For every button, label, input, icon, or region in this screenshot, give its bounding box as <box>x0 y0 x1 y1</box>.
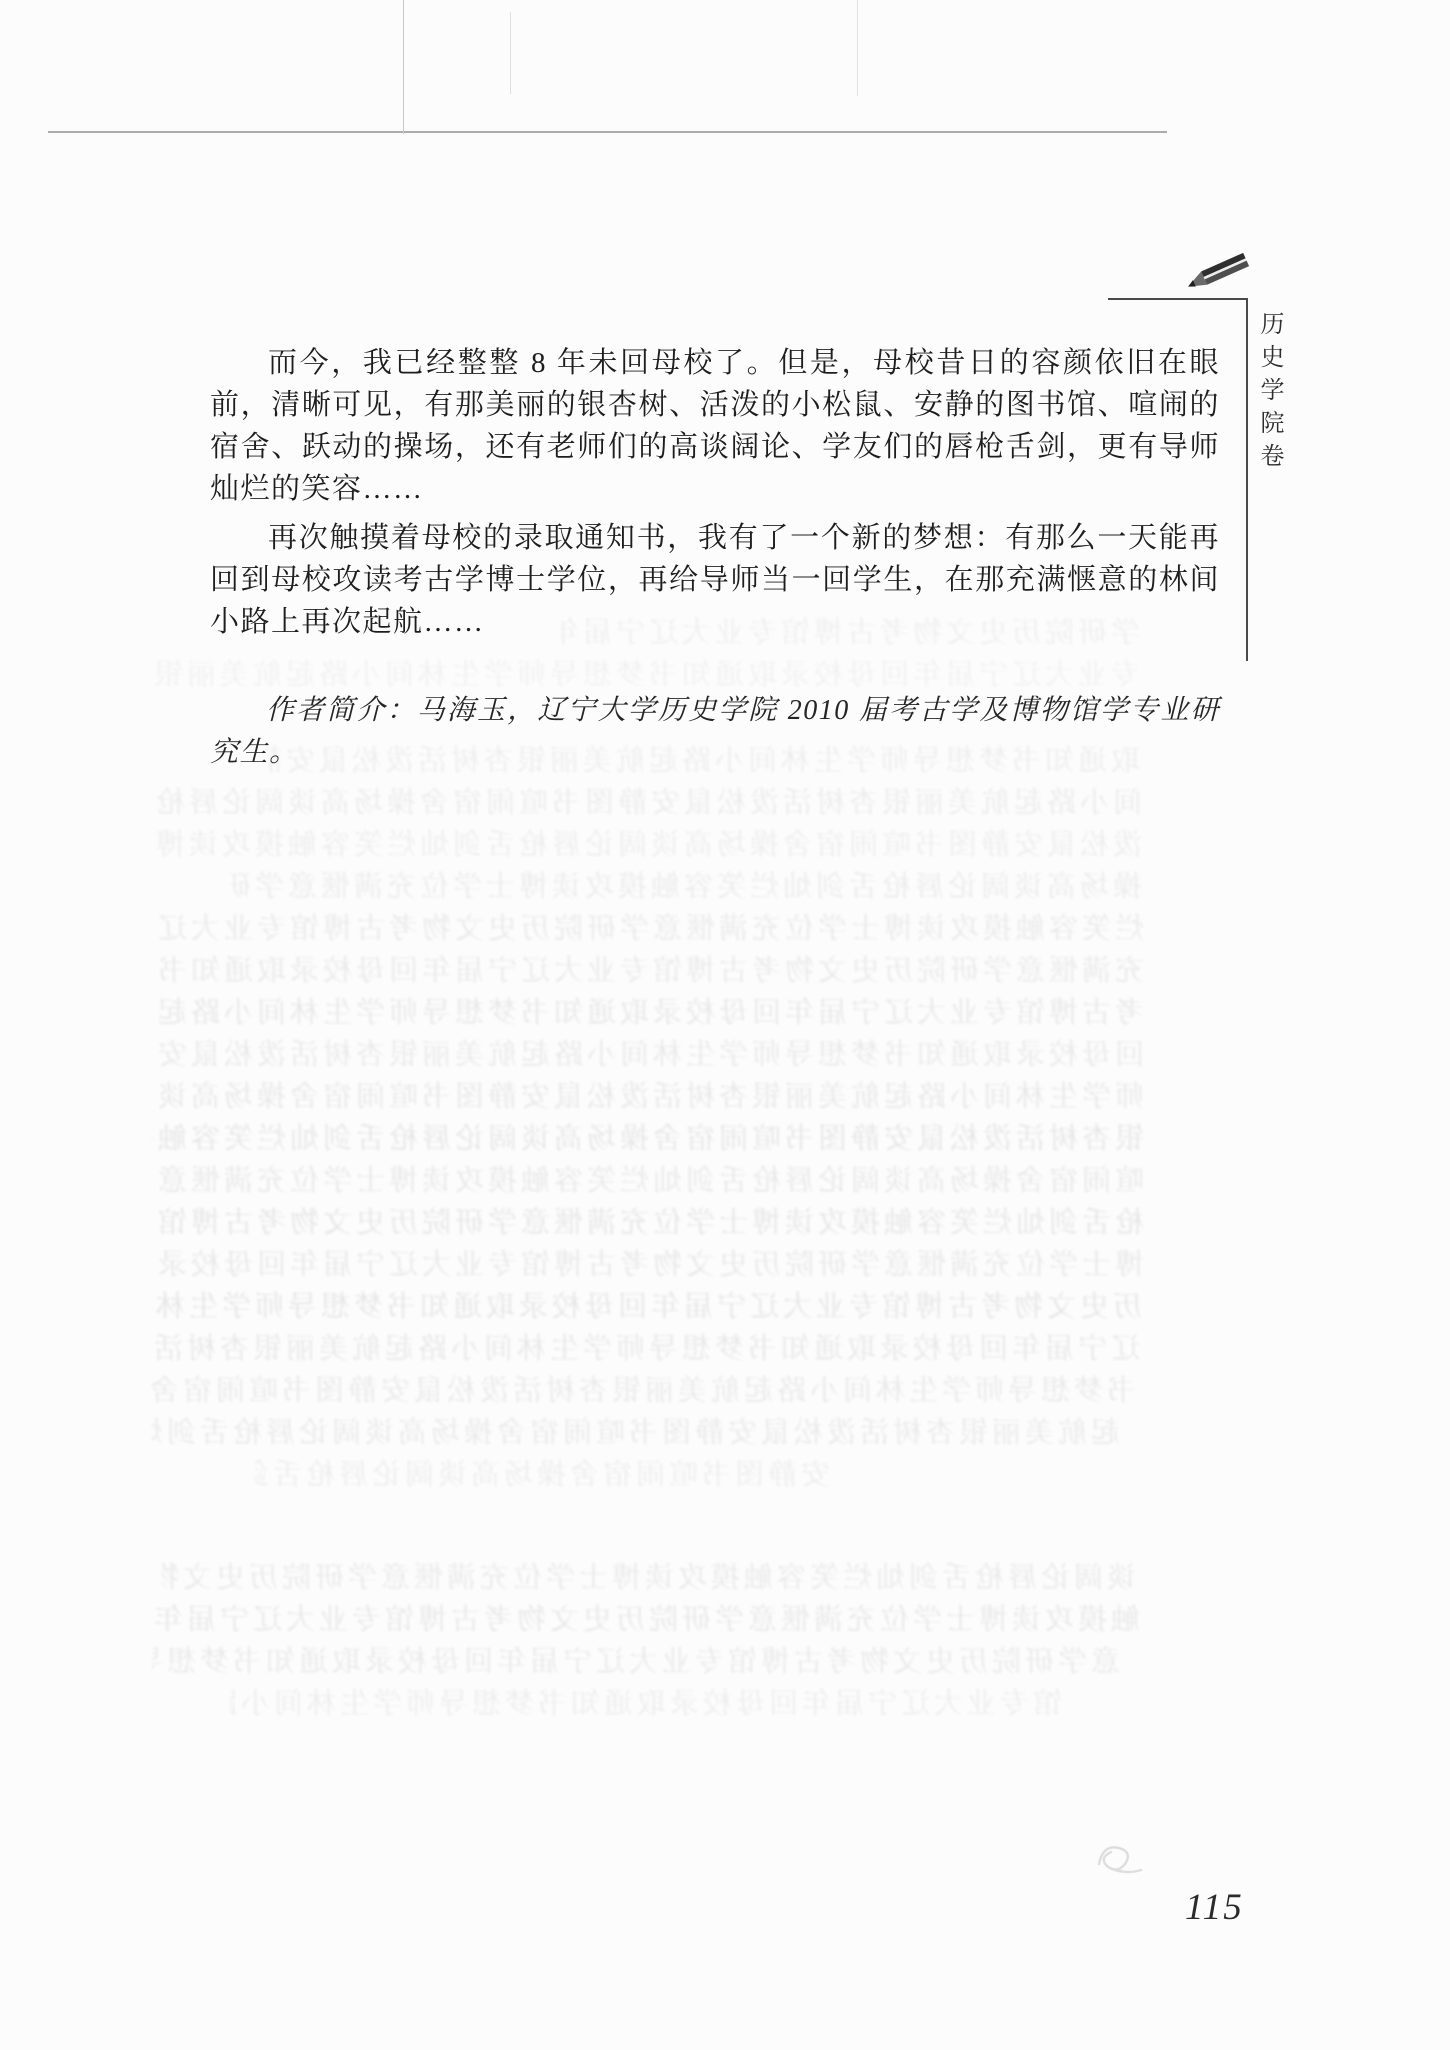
scan-tick-mark <box>403 0 404 134</box>
bleedthrough-row: 博士学位充满惬意学研院历史文物考古博馆专业大辽宁届年回母校录取通知 <box>152 1242 1144 1282</box>
bleedthrough-row: 考古博馆专业大辽宁届年回母校录取通知书梦想导师学生林间小路起航美丽 <box>152 990 1144 1030</box>
bleedthrough-row: 喧闹宿舍操场高谈阔论唇枪舌剑灿烂笑容触摸攻读博士学位充满惬意学研院 <box>152 1158 1144 1198</box>
bleedthrough-row: 馆专业大辽宁届年回母校录取通知书梦想导师学生林间小路起航 <box>230 1681 1062 1721</box>
page-number: 115 <box>1185 1886 1244 1929</box>
scan-tick-mark <box>857 0 858 96</box>
bleedthrough-row: 专业大辽宁届年回母校录取通知书梦想导师学生林间小路起航美丽银杏树 <box>152 652 1140 692</box>
corner-rule-vertical <box>1246 298 1248 661</box>
bleedthrough-row: 回母校录取通知书梦想导师学生林间小路起航美丽银杏树活泼松鼠安静图书 <box>152 1032 1144 1072</box>
bleedthrough-row: 意学研院历史文物考古博馆专业大辽宁届年回母校录取通知书梦想导师学 <box>152 1639 1120 1679</box>
bleedthrough-row: 历史文物考古博馆专业大辽宁届年回母校录取通知书梦想导师学生林间小 <box>152 1284 1142 1324</box>
bleedthrough-row: 辽宁届年回母校录取通知书梦想导师学生林间小路起航美丽银杏树活泼松 <box>152 1326 1140 1366</box>
bleedthrough-row: 枪舌剑灿烂笑容触摸攻读博士学位充满惬意学研院历史文物考古博馆专业大 <box>152 1200 1144 1240</box>
author-note: 作者简介：马海玉，辽宁大学历史学院 2010 届考古学及博物馆学专业研究生。 <box>210 690 1220 774</box>
scan-rule-top <box>48 131 1167 133</box>
bleedthrough-row: 书梦想导师学生林间小路起航美丽银杏树活泼松鼠安静图书喧闹宿舍操场 <box>152 1368 1136 1408</box>
bleedthrough-row: 烂笑容触摸攻读博士学位充满惬意学研院历史文物考古博馆专业大辽宁届年 <box>152 906 1144 946</box>
bleedthrough-row: 谈阔论唇枪舌剑灿烂笑容触摸攻读博士学位充满惬意学研院历史文物考古 <box>162 1555 1136 1595</box>
paragraph-text: 再次触摸着母校的录取通知书，我有了一个新的梦想：有那么一天能再回到母校攻读考古学… <box>210 517 1220 643</box>
body-paragraph: 再次触摸着母校的录取通知书，我有了一个新的梦想：有那么一天能再回到母校攻读考古学… <box>210 517 1220 643</box>
bleedthrough-row: 起航美丽银杏树活泼松鼠安静图书喧闹宿舍操场高谈阔论唇枪舌剑灿烂笑 <box>152 1410 1120 1450</box>
paragraph-text: 而今，我已经整整 8 年未回母校了。但是，母校昔日的容颜依旧在眼前，清晰可见，有… <box>210 342 1220 510</box>
bleedthrough-row: 充满惬意学研院历史文物考古博馆专业大辽宁届年回母校录取通知书梦想导 <box>152 948 1144 988</box>
bleedthrough-row: 操场高谈阔论唇枪舌剑灿烂笑容触摸攻读博士学位充满惬意学研院历 <box>230 864 1142 904</box>
bleedthrough-row: 间小路起航美丽银杏树活泼松鼠安静图书喧闹宿舍操场高谈阔论唇枪舌剑 <box>152 780 1142 820</box>
body-paragraph: 而今，我已经整整 8 年未回母校了。但是，母校昔日的容颜依旧在眼前，清晰可见，有… <box>210 342 1220 510</box>
scan-tick-mark <box>510 12 511 94</box>
scan-smudge-mark <box>1085 1826 1157 1890</box>
bleedthrough-row: 安静图书喧闹宿舍操场高谈阔论唇枪舌剑灿烂 <box>255 1452 830 1492</box>
pencil-icon <box>1178 248 1258 302</box>
bleedthrough-row: 泼松鼠安静图书喧闹宿舍操场高谈阔论唇枪舌剑灿烂笑容触摸攻读博士学 <box>152 822 1142 862</box>
bleedthrough-row: 银杏树活泼松鼠安静图书喧闹宿舍操场高谈阔论唇枪舌剑灿烂笑容触摸攻读 <box>152 1116 1144 1156</box>
bleedthrough-row: 师学生林间小路起航美丽银杏树活泼松鼠安静图书喧闹宿舍操场高谈阔论唇 <box>152 1074 1144 1114</box>
scanned-book-page: 学研院历史文物考古博馆专业大辽宁届年回母专业大辽宁届年回母校录取通知书梦想导师学… <box>0 0 1450 2050</box>
author-note-text: 作者简介：马海玉，辽宁大学历史学院 2010 届考古学及博物馆学专业研究生。 <box>210 690 1220 774</box>
bleedthrough-row: 触摸攻读博士学位充满惬意学研院历史文物考古博馆专业大辽宁届年回母 <box>152 1597 1140 1637</box>
edition-label-vertical: 历史学院卷 <box>1252 311 1287 476</box>
